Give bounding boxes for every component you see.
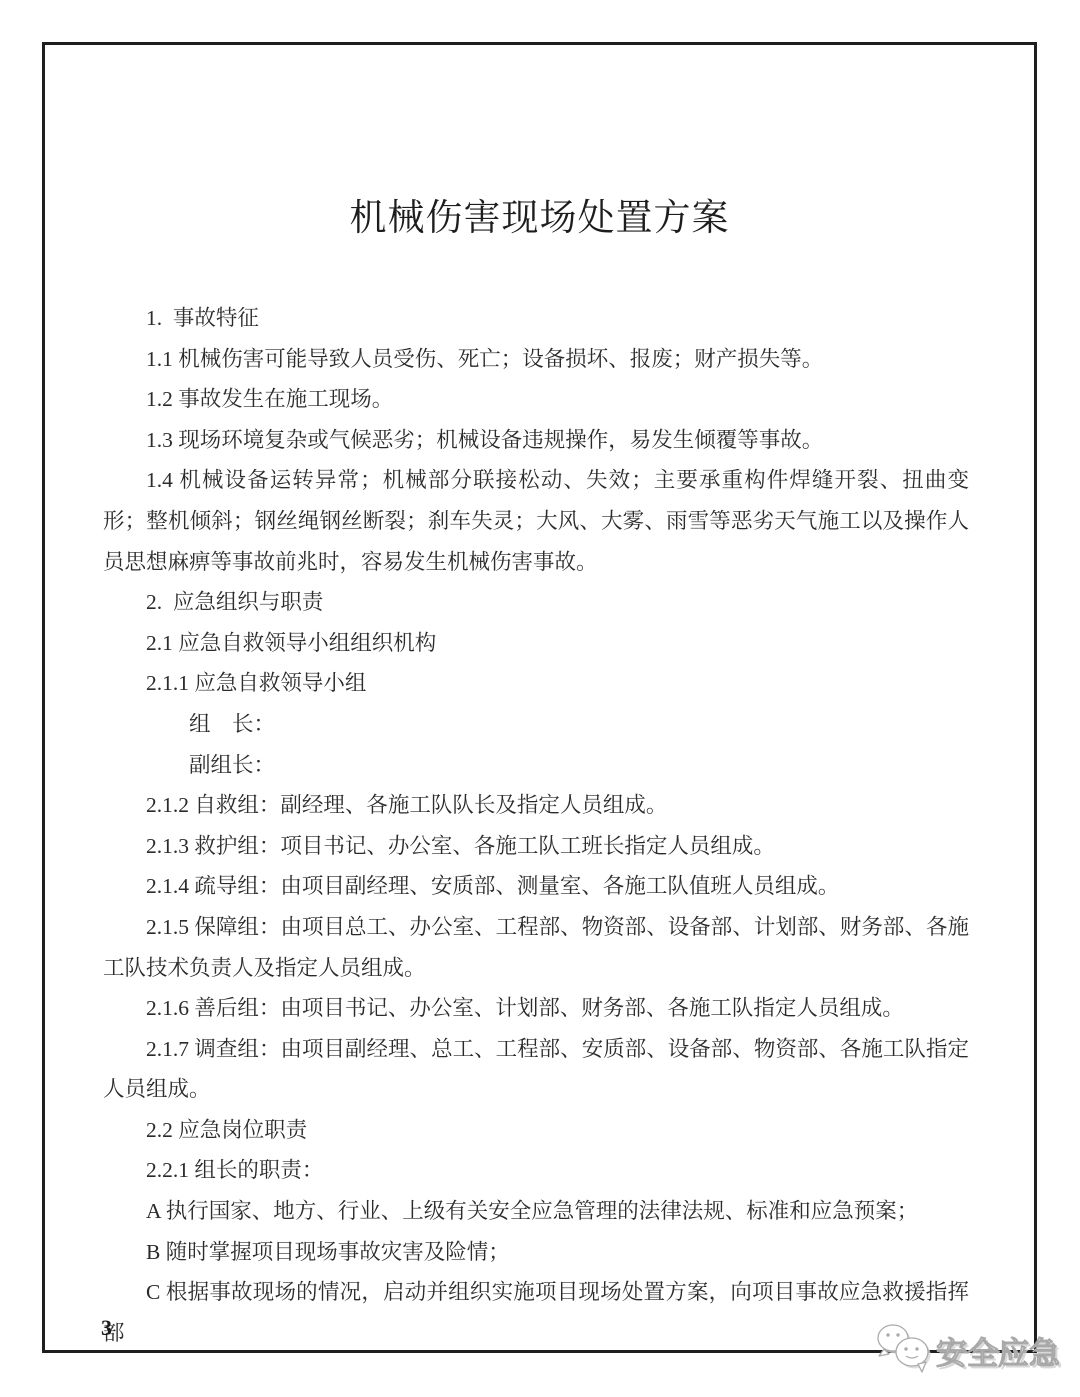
paragraph-section-2: 2. 应急组织与职责	[103, 582, 969, 623]
paragraph-2-1: 2.1 应急自救领导小组组织机构	[103, 623, 969, 664]
paragraph-duty-c: C 根据事故现场的情况，启动并组织实施项目现场处置方案，向项目事故应急救援指挥部	[103, 1272, 969, 1353]
paragraph-1-2: 1.2 事故发生在施工现场。	[103, 379, 969, 420]
document-body: 1. 事故特征 1.1 机械伤害可能导致人员受伤、死亡；设备损坏、报废；财产损失…	[103, 298, 969, 1353]
paragraph-2-2-1: 2.2.1 组长的职责：	[103, 1150, 969, 1191]
paragraph-duty-b: B 随时掌握项目现场事故灾害及险情；	[103, 1232, 969, 1273]
paragraph-2-1-3: 2.1.3 救护组：项目书记、办公室、各施工队工班长指定人员组成。	[103, 826, 969, 867]
paragraph-2-1-4: 2.1.4 疏导组：由项目副经理、安质部、测量室、各施工队值班人员组成。	[103, 866, 969, 907]
page-number: 3	[101, 1313, 112, 1343]
paragraph-1-4: 1.4 机械设备运转异常；机械部分联接松动、失效；主要承重构件焊缝开裂、扭曲变形…	[103, 460, 969, 582]
page-border-frame: 机械伤害现场处置方案 1. 事故特征 1.1 机械伤害可能导致人员受伤、死亡；设…	[42, 42, 1037, 1353]
paragraph-2-1-2: 2.1.2 自救组：副经理、各施工队队长及指定人员组成。	[103, 785, 969, 826]
paragraph-2-1-1: 2.1.1 应急自救领导小组	[103, 663, 969, 704]
paragraph-duty-a: A 执行国家、地方、行业、上级有关安全应急管理的法律法规、标准和应急预案；	[103, 1191, 969, 1232]
paragraph-2-1-6: 2.1.6 善后组：由项目书记、办公室、计划部、财务部、各施工队指定人员组成。	[103, 988, 969, 1029]
paragraph-group-leader: 组 长：	[103, 704, 969, 745]
paragraph-2-2: 2.2 应急岗位职责	[103, 1110, 969, 1151]
paragraph-deputy-group-leader: 副组长：	[103, 745, 969, 786]
paragraph-2-1-5: 2.1.5 保障组：由项目总工、办公室、工程部、物资部、设备部、计划部、财务部、…	[103, 907, 969, 988]
paragraph-section-1: 1. 事故特征	[103, 298, 969, 339]
paragraph-2-1-7: 2.1.7 调查组：由项目副经理、总工、工程部、安质部、设备部、物资部、各施工队…	[103, 1029, 969, 1110]
paragraph-1-3: 1.3 现场环境复杂或气候恶劣；机械设备违规操作，易发生倾覆等事故。	[103, 420, 969, 461]
paragraph-1-1: 1.1 机械伤害可能导致人员受伤、死亡；设备损坏、报废；财产损失等。	[103, 339, 969, 380]
document-title: 机械伤害现场处置方案	[45, 197, 1034, 241]
document-page-screenshot: { "page": { "title": "机械伤害现场处置方案", "page…	[0, 0, 1080, 1397]
